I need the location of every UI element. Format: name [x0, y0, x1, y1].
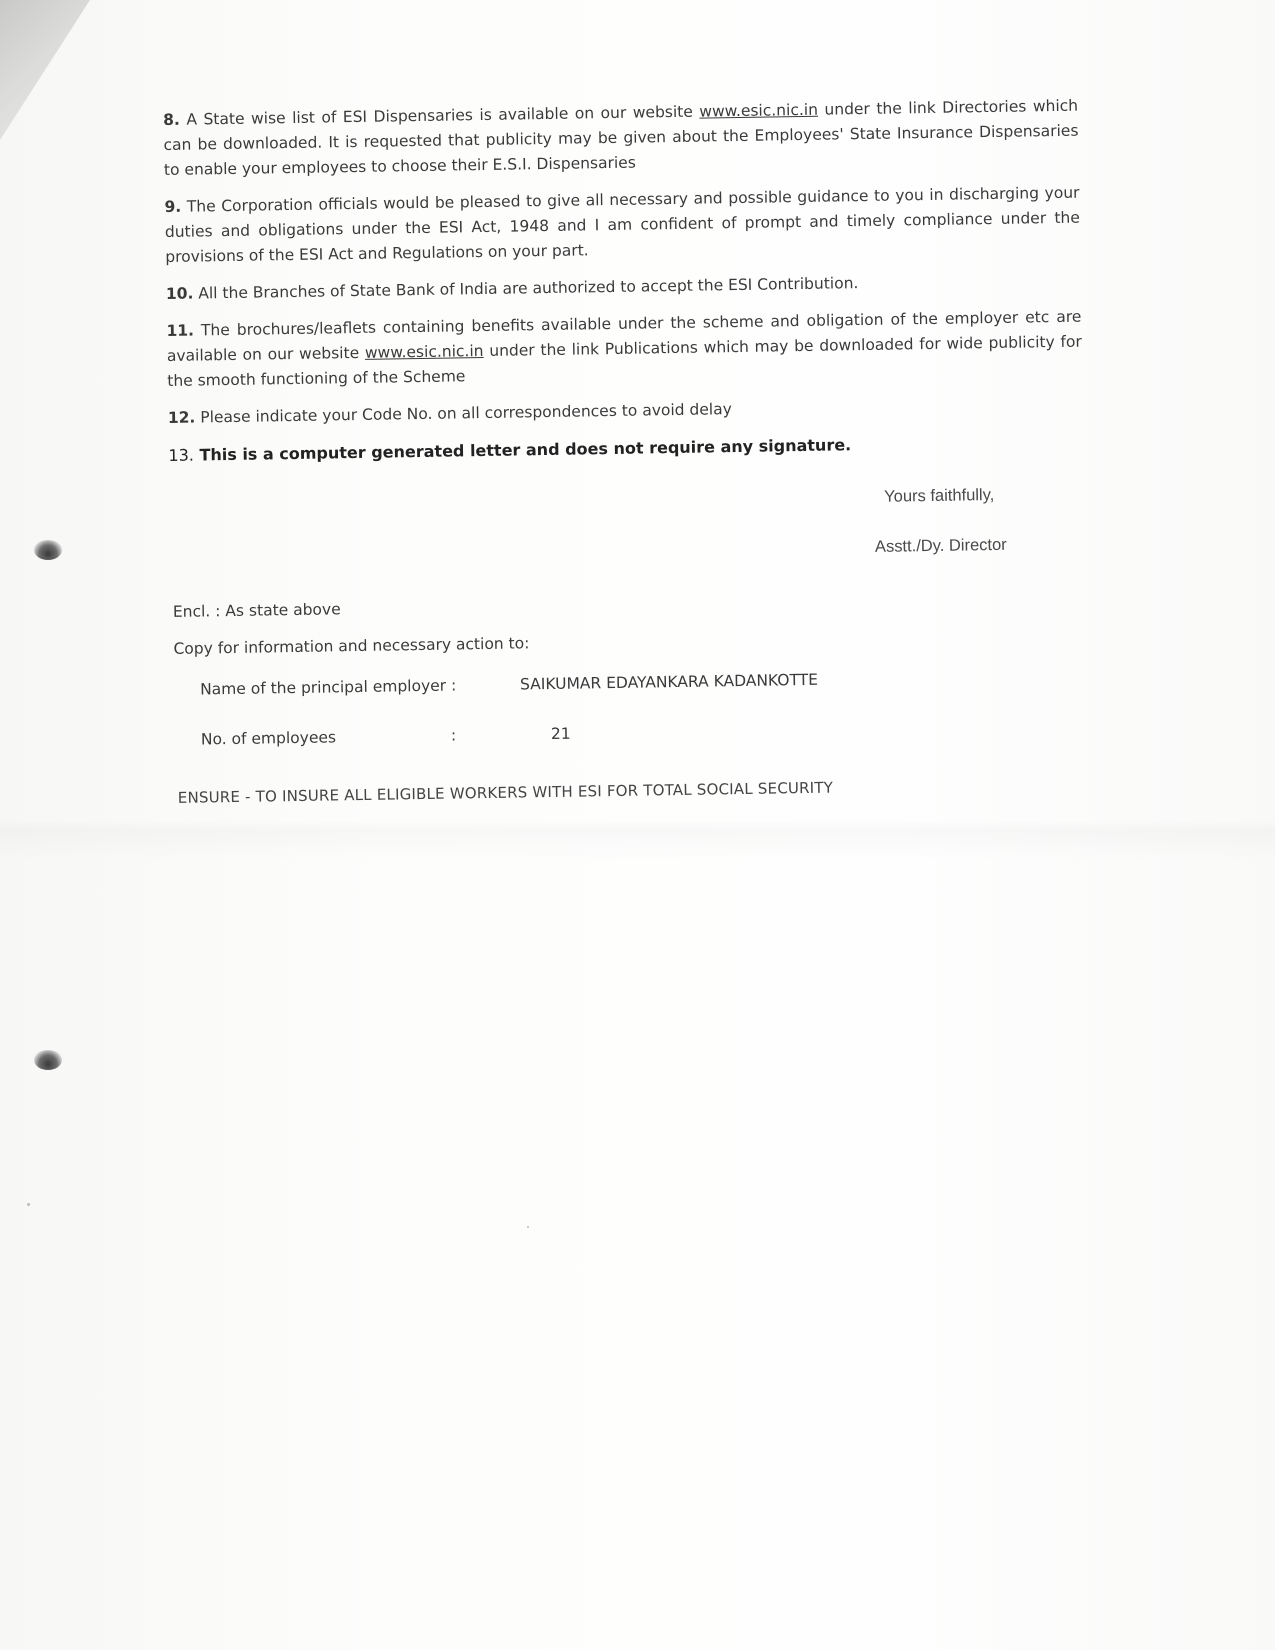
website-link[interactable]: www.esic.nic.in	[699, 101, 818, 121]
paragraph-number: 12.	[168, 409, 196, 427]
paragraph-number: 13.	[168, 446, 194, 465]
signature-block: Yours faithfully, Asstt./Dy. Director	[169, 466, 1086, 600]
paragraph-number: 8.	[163, 111, 180, 129]
punch-hole-icon	[34, 540, 62, 560]
paragraph-11: 11. The brochures/leaflets containing be…	[166, 305, 1082, 394]
paragraph-text: The Corporation officials would be pleas…	[165, 184, 1080, 266]
website-link[interactable]: www.esic.nic.in	[365, 342, 484, 362]
paragraph-9: 9. The Corporation officials would be pl…	[164, 181, 1080, 270]
scan-speck	[27, 1203, 30, 1206]
paragraph-text: All the Branches of State Bank of India …	[198, 274, 858, 302]
letter-body: 8. A State wise list of ESI Dispensaries…	[163, 94, 1089, 811]
signatory-designation: Asstt./Dy. Director	[875, 533, 1007, 560]
punch-hole-icon	[34, 1050, 62, 1070]
paragraph-number: 11.	[166, 322, 194, 340]
paragraph-12: 12. Please indicate your Code No. on all…	[168, 392, 1083, 431]
employer-label: Name of the principal employer :	[200, 673, 456, 702]
scan-speck	[527, 1226, 529, 1228]
closing-salutation: Yours faithfully,	[884, 483, 994, 510]
paragraph-number: 10.	[166, 285, 194, 303]
paragraph-13: 13. This is a computer generated letter …	[168, 429, 1083, 468]
employees-count: 21	[551, 722, 571, 747]
paragraph-text: This is a computer generated letter and …	[199, 435, 851, 464]
paragraph-number: 9.	[164, 198, 181, 216]
paragraph-10: 10. All the Branches of State Bank of In…	[166, 268, 1081, 307]
employees-colon: :	[451, 723, 457, 748]
paragraph-text: A State wise list of ESI Dispensaries is…	[186, 103, 693, 129]
employer-name: SAIKUMAR EDAYANKARA KADANKOTTE	[520, 668, 818, 698]
employees-label: No. of employees	[201, 725, 337, 752]
paragraph-8: 8. A State wise list of ESI Dispensaries…	[163, 94, 1079, 183]
copy-to-note: Copy for information and necessary actio…	[173, 623, 1086, 662]
paragraph-text: Please indicate your Code No. on all cor…	[200, 400, 732, 426]
